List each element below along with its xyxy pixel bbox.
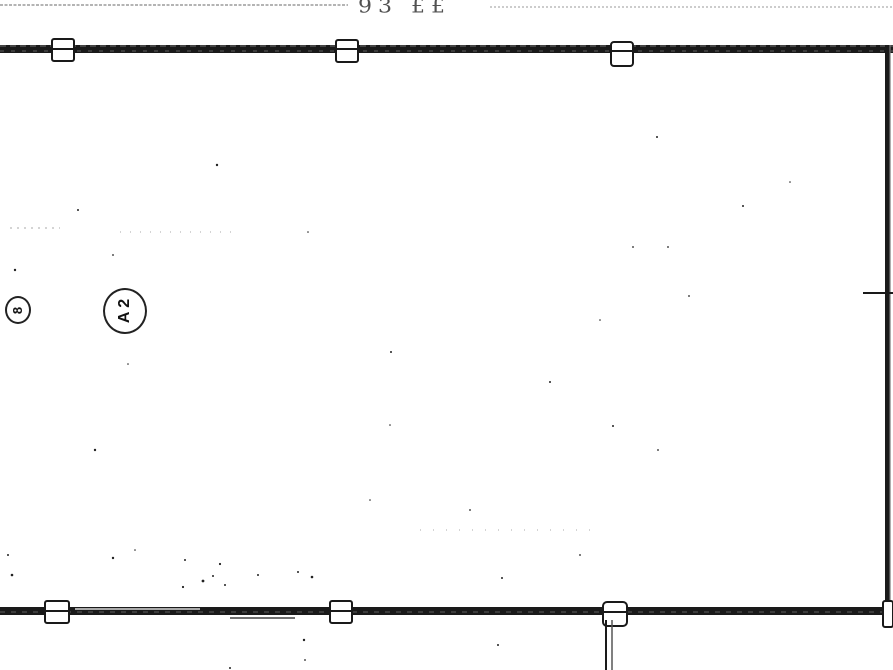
column-marker	[883, 601, 893, 627]
top-wall	[0, 45, 893, 53]
bottom-wall	[0, 607, 893, 618]
grid-bubble-a2: A 2	[103, 288, 147, 334]
grid-bubble-label: 8	[10, 306, 25, 313]
column-marker	[611, 42, 633, 66]
scan-noise	[7, 136, 791, 669]
column-marker	[336, 40, 358, 62]
sheet-header-text: 93 ££	[358, 0, 451, 18]
floor-plan-canvas	[0, 0, 893, 670]
right-wall	[863, 45, 893, 615]
scan-faint-dashes	[10, 228, 600, 530]
lower-partition	[606, 620, 612, 670]
grid-bubble-label: A 2	[116, 299, 134, 323]
grid-bubble-8: 8	[5, 296, 31, 324]
